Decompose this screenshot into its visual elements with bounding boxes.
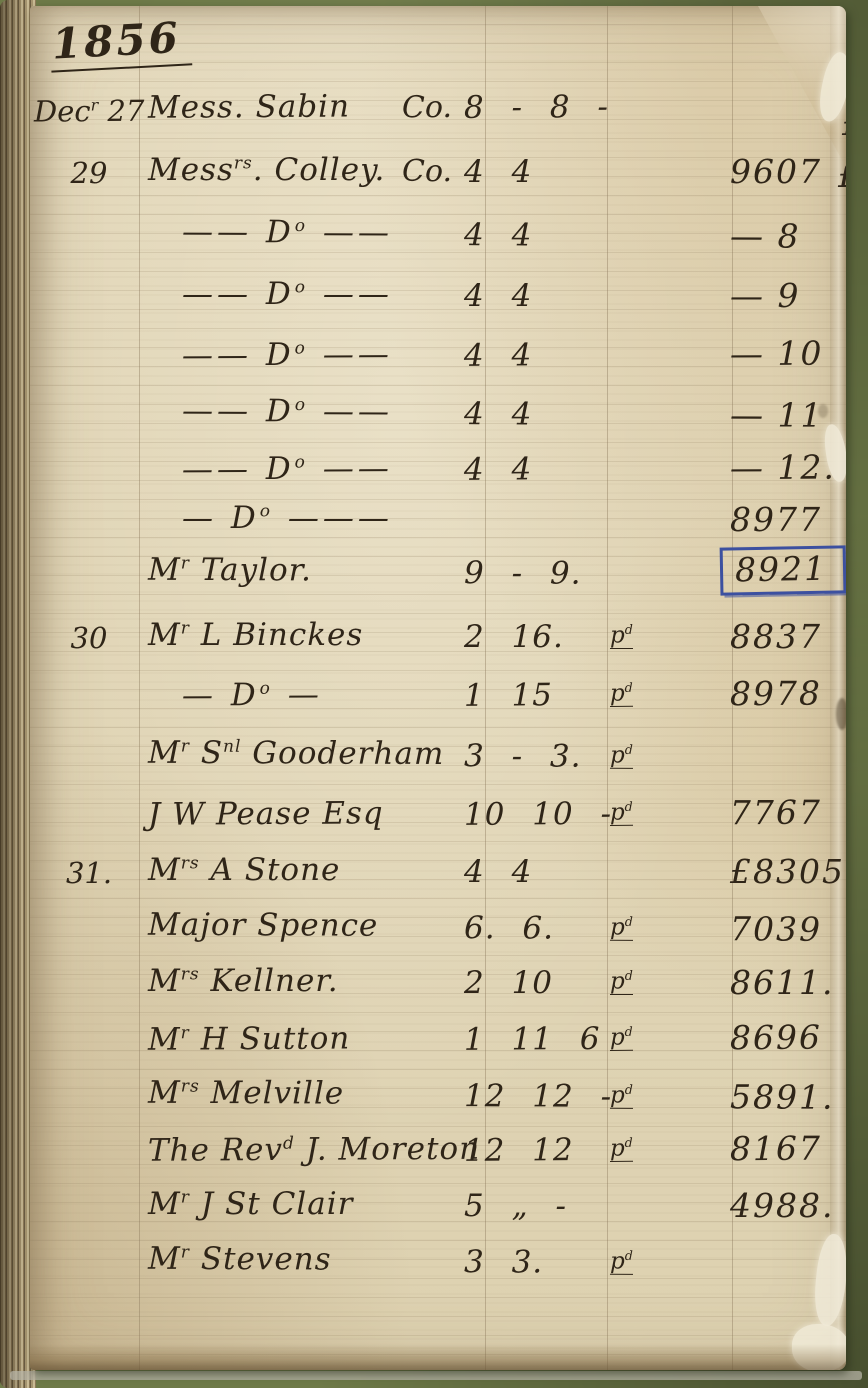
edge-ink-fragment: £	[842, 104, 846, 144]
entry-amount: 4 4	[464, 451, 533, 487]
entry-paid-mark: pd	[610, 969, 633, 995]
entry-name: Mrs Kellner.	[148, 963, 339, 999]
entry-amount: 2 16.	[464, 619, 564, 655]
entry-date: Decr 27	[34, 94, 144, 129]
entry-name: Mr Stevens	[148, 1241, 332, 1278]
ledger-row: Mr Snl Gooderham3 - 3.pd	[30, 734, 846, 796]
entry-paid-mark: pd	[610, 1136, 633, 1162]
entry-amount: 6. 6.	[464, 910, 554, 946]
entry-name: J W Pease Esq	[148, 795, 384, 832]
entry-amount: 4 4	[464, 278, 532, 314]
entry-amount: 1 15	[464, 677, 553, 714]
entry-number: 5891.	[730, 1077, 835, 1116]
entry-number: 4988.	[730, 1186, 834, 1225]
entry-amount: 8 - 8 -	[464, 89, 609, 126]
ledger-row: 30Mr L Binckes2 16.pd8837	[30, 617, 846, 675]
entry-date: 29	[34, 156, 144, 190]
entry-name: Mr Snl Gooderham	[148, 735, 444, 772]
entry-amount: 1 11 6	[464, 1021, 601, 1058]
entry-amount: 9 - 9.	[464, 555, 582, 592]
entry-number: 8837	[730, 617, 822, 656]
entry-name: —— Do ——	[182, 336, 393, 373]
ledger-row: 31.Mrs A Stone4 4£8305	[30, 852, 846, 910]
entry-co: Co.	[402, 154, 452, 189]
scan-mat-strip	[10, 1371, 862, 1380]
entry-name: Mrs Melville	[148, 1075, 344, 1112]
entry-name: Mrs A Stone	[148, 852, 340, 888]
entry-name: Mr H Sutton	[148, 1021, 351, 1058]
entry-number-highlight-box: 8921	[720, 545, 846, 595]
ledger-row: Mr H Sutton1 11 6pd8696	[30, 1018, 846, 1081]
entry-name: Mess. Sabin	[148, 89, 350, 126]
entry-paid-mark: pd	[610, 800, 633, 826]
entry-name: The Revd J. Moreton	[148, 1131, 480, 1169]
entry-amount: 4 4	[464, 396, 532, 432]
ledger-row: The Revd J. Moreton12 12pd8167	[30, 1129, 846, 1192]
entry-name: Mr Taylor.	[148, 552, 312, 589]
entry-amount: 3 - 3.	[464, 738, 582, 775]
edge-ink-fragment: £	[838, 156, 846, 196]
entry-paid-mark: pd	[610, 623, 633, 649]
ledger-table: Decr 27Mess. SabinCo.8 - 8 -29Messrs. Co…	[30, 6, 846, 1370]
entry-paid-mark: pd	[610, 1025, 633, 1051]
ledger-row: —— Do ——4 4— 9	[30, 276, 846, 334]
entry-name: —— Do ——	[182, 276, 393, 312]
ledger-row: J W Pease Esq10 10 -pd7767	[30, 793, 846, 856]
entry-amount: 4 4	[464, 154, 532, 190]
entry-paid-mark: pd	[610, 743, 633, 769]
entry-name: —— Do ——	[182, 393, 393, 430]
entry-amount: 4 4	[464, 337, 533, 373]
ledger-row: —— Do ——4 4— 11	[30, 392, 846, 454]
entry-amount: 3 3.	[464, 1244, 543, 1280]
entry-number: 8978	[730, 674, 822, 714]
entry-number: 8977	[730, 500, 822, 539]
entry-amount: 12 12 -	[464, 1078, 612, 1115]
entry-name: Mr J St Clair	[148, 1186, 353, 1222]
ledger-row: Major Spence6. 6.pd7039	[30, 906, 846, 968]
entry-name: Mr L Binckes	[148, 617, 363, 653]
entry-amount: 4 4	[464, 217, 532, 253]
entry-amount: 4 4	[464, 854, 532, 890]
entry-number: 8696	[730, 1018, 822, 1058]
ledger-row: Mr Stevens3 3.pd	[30, 1240, 846, 1302]
entry-name: Major Spence	[148, 907, 378, 944]
entry-amount: 10 10 -	[464, 796, 612, 833]
entry-name: — Do —	[182, 677, 323, 714]
entry-paid-mark: pd	[610, 681, 633, 707]
entry-paid-mark: pd	[610, 915, 633, 941]
entry-paid-mark: pd	[610, 1249, 633, 1275]
ledger-row: Mrs Kellner.2 10pd8611.	[30, 963, 846, 1021]
ledger-row: —— Do ——4 4— 8	[30, 213, 846, 275]
entry-number: — 9	[730, 276, 801, 315]
entry-number: — 11	[730, 395, 824, 434]
entry-number: £8305	[730, 852, 845, 891]
entry-number: 9607	[730, 152, 822, 191]
entry-date: 31.	[34, 856, 144, 890]
ledger-row: 29Messrs. Colley.Co.4 49607	[30, 152, 846, 210]
entry-name: —— Do ——	[182, 214, 393, 251]
entry-number: — 8	[730, 216, 801, 255]
entry-number: 7039	[730, 909, 822, 948]
entry-name: Messrs. Colley.	[148, 152, 385, 188]
entry-number: — 12.	[730, 448, 836, 488]
entry-amount: 12 12	[464, 1132, 574, 1169]
scanned-ledger-image: 1856 Decr 27Mess. SabinCo.8 - 8 -29Messr…	[0, 0, 868, 1388]
ledger-row: —— Do ——4 4— 10	[30, 334, 846, 397]
ledger-row: Mr Taylor.9 - 9.8921	[30, 551, 846, 613]
entry-amount: 5 „ -	[464, 1188, 567, 1224]
entry-date: 30	[34, 621, 144, 655]
ledger-row: Decr 27Mess. SabinCo.8 - 8 -	[30, 86, 846, 149]
entry-amount: 2 10	[464, 965, 553, 1001]
entry-number: — 10	[730, 334, 824, 374]
entry-co: Co.	[402, 90, 452, 125]
ledger-row: — Do —1 15pd8978	[30, 674, 846, 737]
entry-name: — Do ———	[182, 500, 393, 536]
ledger-page: 1856 Decr 27Mess. SabinCo.8 - 8 -29Messr…	[30, 6, 846, 1370]
entry-number: 8611.	[730, 963, 834, 1002]
entry-number: 7767	[730, 793, 822, 833]
entry-paid-mark: pd	[610, 1083, 633, 1109]
entry-number: 8167	[730, 1129, 822, 1169]
entry-name: —— Do ——	[182, 450, 393, 487]
ledger-row: Mr J St Clair5 „ -4988.	[30, 1186, 846, 1244]
ledger-row: Mrs Melville12 12 -pd5891.	[30, 1074, 846, 1136]
